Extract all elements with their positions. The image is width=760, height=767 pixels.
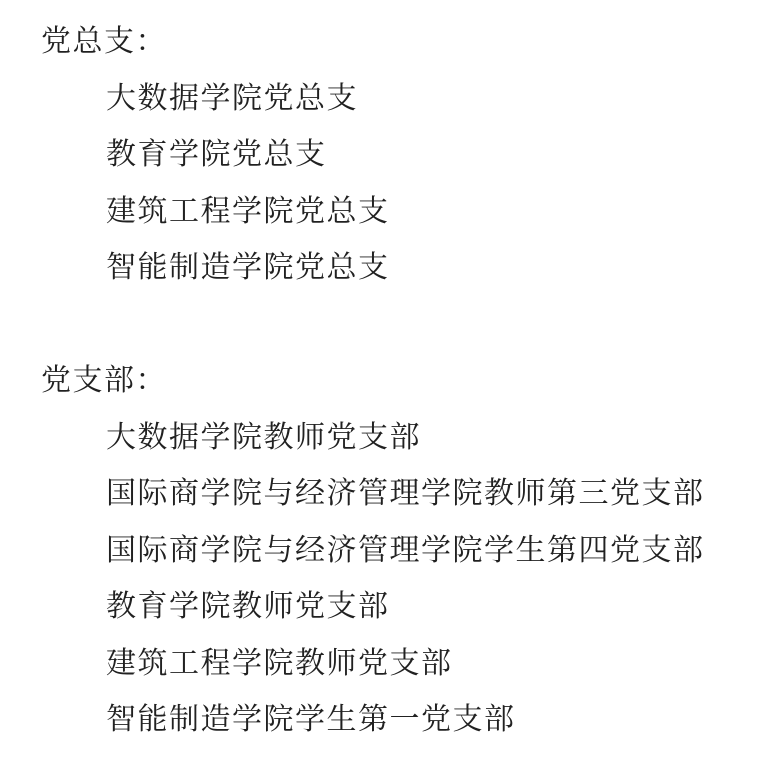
list-item: 大数据学院党总支 bbox=[41, 71, 760, 128]
list-item: 教育学院党总支 bbox=[41, 127, 760, 184]
list-item: 智能制造学院党总支 bbox=[41, 240, 760, 297]
list-item: 建筑工程学院党总支 bbox=[41, 184, 760, 241]
list-item: 教育学院教师党支部 bbox=[41, 579, 760, 636]
document-page: 党总支： 大数据学院党总支 教育学院党总支 建筑工程学院党总支 智能制造学院党总… bbox=[0, 0, 760, 749]
list-item: 大数据学院教师党支部 bbox=[41, 410, 760, 467]
section-heading-party-branch: 党支部： bbox=[41, 353, 760, 410]
section-gap bbox=[41, 297, 760, 354]
list-item: 智能制造学院学生第一党支部 bbox=[41, 692, 760, 749]
list-item: 国际商学院与经济管理学院教师第三党支部 bbox=[41, 466, 760, 523]
list-item: 建筑工程学院教师党支部 bbox=[41, 636, 760, 693]
section-heading-party-general-branch: 党总支： bbox=[41, 14, 760, 71]
list-item: 国际商学院与经济管理学院学生第四党支部 bbox=[41, 523, 760, 580]
